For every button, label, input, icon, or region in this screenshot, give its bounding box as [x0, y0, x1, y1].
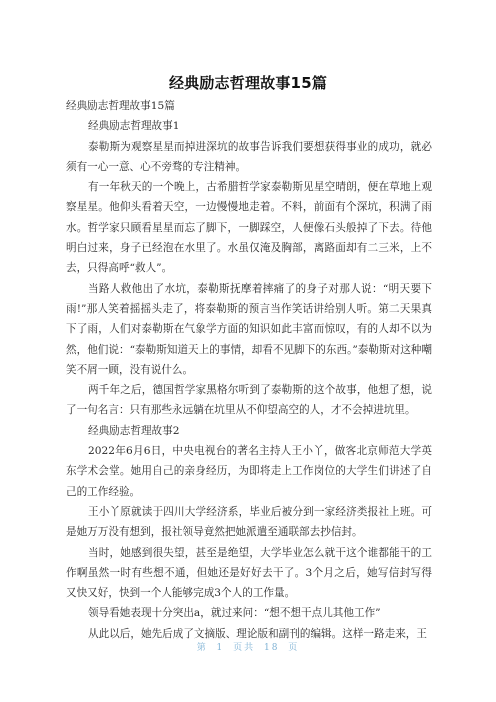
- paragraph: 泰勒斯为观察星星而掉进深坑的故事告诉我们要想获得事业的成功，就必须有一心一意、心…: [66, 137, 432, 178]
- paragraph: 当时，她感到很失望，甚至是绝望，大学毕业怎么就干这个谁都能干的工作啊虽然一时有些…: [66, 543, 432, 604]
- document-page: 经典励志哲理故事15篇 经典励志哲理故事15篇 经典励志哲理故事1 泰勒斯为观察…: [0, 0, 496, 702]
- story-heading-1: 经典励志哲理故事1: [66, 116, 432, 136]
- paragraph-subtitle: 经典励志哲理故事15篇: [66, 96, 432, 116]
- paragraph: 当路人救他出了水坑，泰勒斯抚摩着摔痛了的身子对那人说：“明天要下雨!”那人笑着摇…: [66, 279, 432, 380]
- paragraph: 有一年秋天的一个晚上，古希腊哲学家泰勒斯见星空晴朗，便在草地上观察星星。他仰头看…: [66, 177, 432, 278]
- paragraph: 2022年6月6日，中央电视台的著名主持人王小丫，做客北京师范大学英东学术会堂。…: [66, 441, 432, 502]
- story-heading-2: 经典励志哲理故事2: [66, 421, 432, 441]
- page-number-footer: 第 1 页共 18 页: [0, 640, 496, 653]
- document-body: 经典励志哲理故事15篇 经典励志哲理故事1 泰勒斯为观察星星而掉进深坑的故事告诉…: [66, 96, 432, 644]
- paragraph: 领导看她表现十分突出a，就过来问：“想不想干点儿其他工作”: [66, 603, 432, 623]
- paragraph: 两千年之后，德国哲学家黑格尔听到了泰勒斯的这个故事，他想了想，说了一句名言：只有…: [66, 380, 432, 421]
- paragraph: 王小丫原就读于四川大学经济系，毕业后被分到一家经济类报社上班。可是她万万没有想到…: [66, 502, 432, 543]
- document-title: 经典励志哲理故事15篇: [0, 72, 496, 93]
